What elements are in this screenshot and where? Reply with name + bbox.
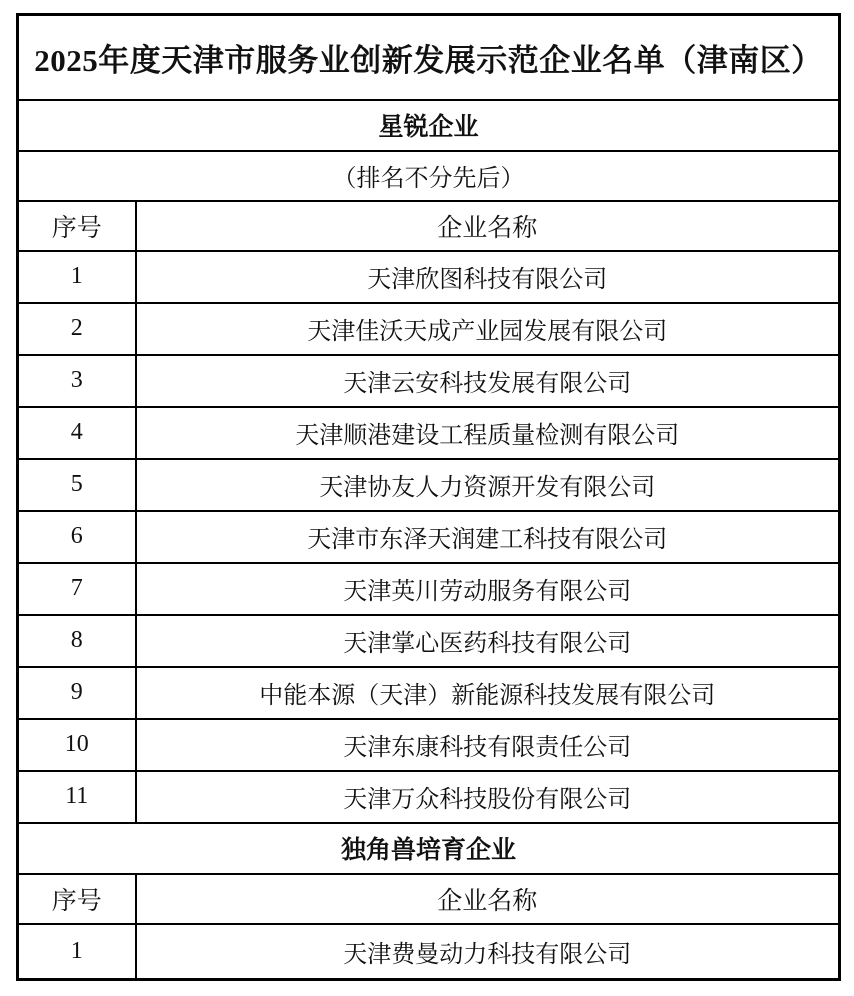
row-no: 9	[18, 667, 136, 719]
table-row: 独角兽培育企业	[18, 823, 840, 874]
row-no: 7	[18, 563, 136, 615]
company-name: 天津协友人力资源开发有限公司	[136, 459, 840, 511]
row-no: 5	[18, 459, 136, 511]
row-no: 1	[18, 924, 136, 980]
table-row: 6 天津市东泽天润建工科技有限公司	[18, 511, 840, 563]
company-name: 天津顺港建设工程质量检测有限公司	[136, 407, 840, 459]
column-header-no: 序号	[18, 201, 136, 251]
table-row: 5 天津协友人力资源开发有限公司	[18, 459, 840, 511]
company-name: 天津英川劳动服务有限公司	[136, 563, 840, 615]
row-no: 6	[18, 511, 136, 563]
company-name: 天津欣图科技有限公司	[136, 251, 840, 303]
table-row: 3 天津云安科技发展有限公司	[18, 355, 840, 407]
table-row: 1 天津欣图科技有限公司	[18, 251, 840, 303]
column-header-company: 企业名称	[136, 874, 840, 924]
table-row: （排名不分先后）	[18, 151, 840, 201]
row-no: 8	[18, 615, 136, 667]
table-row: 8 天津掌心医药科技有限公司	[18, 615, 840, 667]
row-no: 3	[18, 355, 136, 407]
column-header-no: 序号	[18, 874, 136, 924]
document-page: 2025年度天津市服务业创新发展示范企业名单（津南区） 星锐企业 （排名不分先后…	[0, 0, 854, 996]
table-title: 2025年度天津市服务业创新发展示范企业名单（津南区）	[18, 15, 840, 100]
table-row: 2025年度天津市服务业创新发展示范企业名单（津南区）	[18, 15, 840, 100]
table-row: 10 天津东康科技有限责任公司	[18, 719, 840, 771]
row-no: 11	[18, 771, 136, 823]
company-name: 天津市东泽天润建工科技有限公司	[136, 511, 840, 563]
table-header-row: 序号 企业名称	[18, 201, 840, 251]
company-name: 天津费曼动力科技有限公司	[136, 924, 840, 980]
table-header-row: 序号 企业名称	[18, 874, 840, 924]
table-row: 2 天津佳沃天成产业园发展有限公司	[18, 303, 840, 355]
table-row: 星锐企业	[18, 100, 840, 151]
table-row: 4 天津顺港建设工程质量检测有限公司	[18, 407, 840, 459]
row-no: 2	[18, 303, 136, 355]
company-name: 中能本源（天津）新能源科技发展有限公司	[136, 667, 840, 719]
row-no: 1	[18, 251, 136, 303]
company-name: 天津佳沃天成产业园发展有限公司	[136, 303, 840, 355]
ranking-note: （排名不分先后）	[18, 151, 840, 201]
column-header-company: 企业名称	[136, 201, 840, 251]
section-header-unicorn: 独角兽培育企业	[18, 823, 840, 874]
section-header-xingrui: 星锐企业	[18, 100, 840, 151]
row-no: 10	[18, 719, 136, 771]
company-name: 天津万众科技股份有限公司	[136, 771, 840, 823]
company-list-table: 2025年度天津市服务业创新发展示范企业名单（津南区） 星锐企业 （排名不分先后…	[16, 13, 841, 981]
row-no: 4	[18, 407, 136, 459]
company-name: 天津云安科技发展有限公司	[136, 355, 840, 407]
company-name: 天津东康科技有限责任公司	[136, 719, 840, 771]
company-name: 天津掌心医药科技有限公司	[136, 615, 840, 667]
table-row: 7 天津英川劳动服务有限公司	[18, 563, 840, 615]
table-row: 11 天津万众科技股份有限公司	[18, 771, 840, 823]
table-row: 9 中能本源（天津）新能源科技发展有限公司	[18, 667, 840, 719]
table-row: 1 天津费曼动力科技有限公司	[18, 924, 840, 980]
